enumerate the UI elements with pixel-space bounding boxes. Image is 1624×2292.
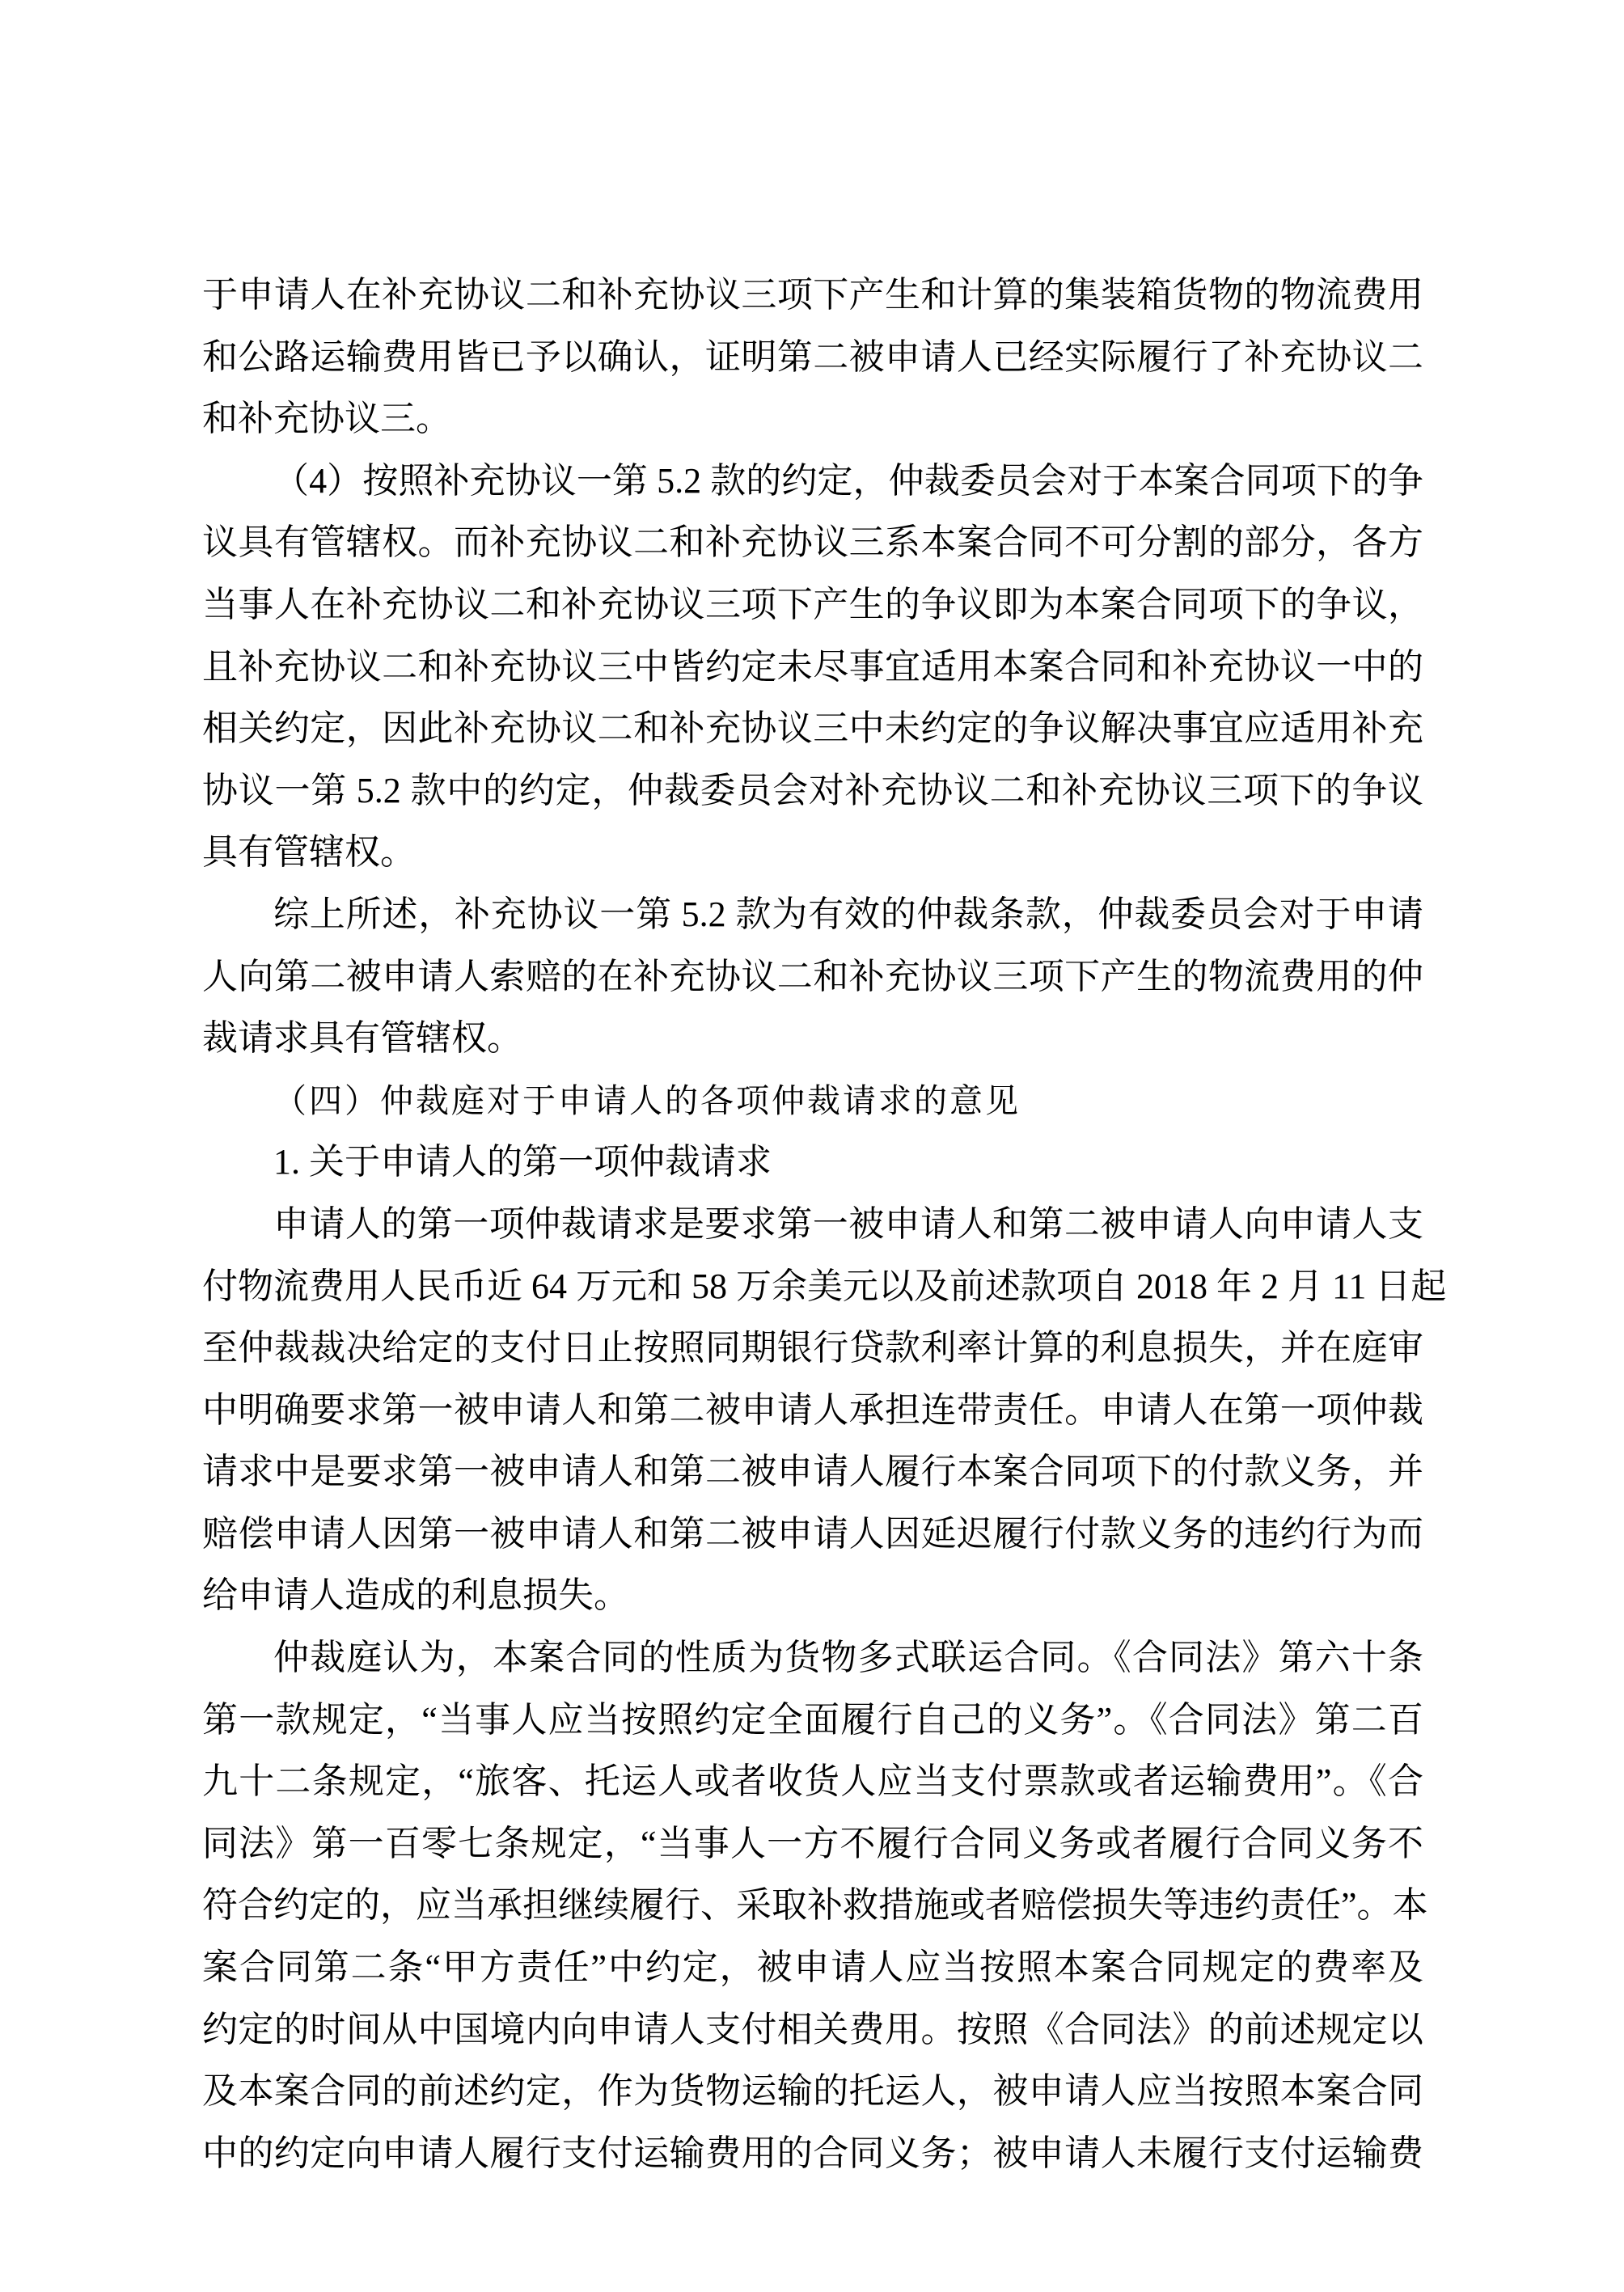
text-line: 相关约定，因此补充协议二和补充协议三中未约定的争议解决事宜应适用补充 — [202, 698, 1423, 760]
text-line: 赔偿申请人因第一被申请人和第二被申请人因延迟履行付款义务的违约行为而 — [202, 1503, 1423, 1566]
text-line: 至仲裁裁决给定的支付日止按照同期银行贷款利率计算的利息损失，并在庭审 — [202, 1317, 1423, 1380]
text-line: 付物流费用人民币近 64 万元和 58 万余美元以及前述款项自 2018 年 2… — [202, 1256, 1423, 1318]
text-line: 具有管辖权。 — [202, 822, 1423, 884]
text-line: 议具有管辖权。而补充协议二和补充协议三系本案合同不可分割的部分，各方 — [202, 512, 1423, 574]
text-line: （4）按照补充协议一第 5.2 款的约定，仲裁委员会对于本案合同项下的争 — [202, 450, 1423, 513]
text-line: 协议一第 5.2 款中的约定，仲裁委员会对补充协议二和补充协议三项下的争议 — [202, 760, 1423, 822]
text-line: 符合约定的，应当承担继续履行、采取补救措施或者赔偿损失等违约责任”。本 — [202, 1875, 1423, 1937]
text-line: 中的约定向申请人履行支付运输费用的合同义务；被申请人未履行支付运输费 — [202, 2123, 1423, 2185]
subsection-heading-text: 1. 关于申请人的第一项仲裁请求 — [202, 1131, 1423, 1194]
text-line: 九十二条规定，“旅客、托运人或者收货人应当支付票款或者运输费用”。《合 — [202, 1751, 1423, 1813]
text-line: 仲裁庭认为，本案合同的性质为货物多式联运合同。《合同法》第六十条 — [202, 1627, 1423, 1689]
text-line: 裁请求具有管辖权。 — [202, 1008, 1423, 1070]
paragraph-tribunal-opinion: 仲裁庭认为，本案合同的性质为货物多式联运合同。《合同法》第六十条 第一款规定，“… — [202, 1627, 1423, 2184]
text-line: 中明确要求第一被申请人和第二被申请人承担连带责任。申请人在第一项仲裁 — [202, 1380, 1423, 1442]
text-line: 案合同第二条“甲方责任”中约定，被申请人应当按照本案合同规定的费率及 — [202, 1937, 1423, 1999]
text-line: 于申请人在补充协议二和补充协议三项下产生和计算的集装箱货物的物流费用 — [202, 264, 1423, 327]
text-line: 当事人在补充协议二和补充协议三项下产生的争议即为本案合同项下的争议， — [202, 574, 1423, 636]
paragraph-continuation: 于申请人在补充协议二和补充协议三项下产生和计算的集装箱货物的物流费用 和公路运输… — [202, 264, 1423, 450]
section-heading: （四）仲裁庭对于申请人的各项仲裁请求的意见 — [202, 1070, 1423, 1132]
text-line: 约定的时间从中国境内向申请人支付相关费用。按照《合同法》的前述规定以 — [202, 1999, 1423, 2062]
text-line: 人向第二被申请人索赔的在补充协议二和补充协议三项下产生的物流费用的仲 — [202, 946, 1423, 1009]
text-line: 和公路运输费用皆已予以确认，证明第二被申请人已经实际履行了补充协议二 — [202, 327, 1423, 389]
section-heading-text: （四）仲裁庭对于申请人的各项仲裁请求的意见 — [202, 1070, 1423, 1132]
paragraph-item-4: （4）按照补充协议一第 5.2 款的约定，仲裁委员会对于本案合同项下的争 议具有… — [202, 450, 1423, 884]
text-line: 第一款规定，“当事人应当按照约定全面履行自己的义务”。《合同法》第二百 — [202, 1689, 1423, 1752]
paragraph-first-claim: 申请人的第一项仲裁请求是要求第一被申请人和第二被申请人向申请人支 付物流费用人民… — [202, 1194, 1423, 1627]
text-line: 及本案合同的前述约定，作为货物运输的托运人，被申请人应当按照本案合同 — [202, 2061, 1423, 2123]
document-page: 于申请人在补充协议二和补充协议三项下产生和计算的集装箱货物的物流费用 和公路运输… — [202, 264, 1423, 2184]
text-line: 综上所述，补充协议一第 5.2 款为有效的仲裁条款，仲裁委员会对于申请 — [202, 884, 1423, 946]
text-line: 申请人的第一项仲裁请求是要求第一被申请人和第二被申请人向申请人支 — [202, 1194, 1423, 1256]
text-line: 且补充协议二和补充协议三中皆约定未尽事宜适用本案合同和补充协议一中的 — [202, 636, 1423, 699]
text-line: 和补充协议三。 — [202, 388, 1423, 450]
text-line: 请求中是要求第一被申请人和第二被申请人履行本案合同项下的付款义务，并 — [202, 1441, 1423, 1503]
subsection-heading: 1. 关于申请人的第一项仲裁请求 — [202, 1131, 1423, 1194]
text-line: 给申请人造成的利息损失。 — [202, 1565, 1423, 1627]
paragraph-summary: 综上所述，补充协议一第 5.2 款为有效的仲裁条款，仲裁委员会对于申请 人向第二… — [202, 884, 1423, 1070]
text-line: 同法》第一百零七条规定，“当事人一方不履行合同义务或者履行合同义务不 — [202, 1813, 1423, 1875]
